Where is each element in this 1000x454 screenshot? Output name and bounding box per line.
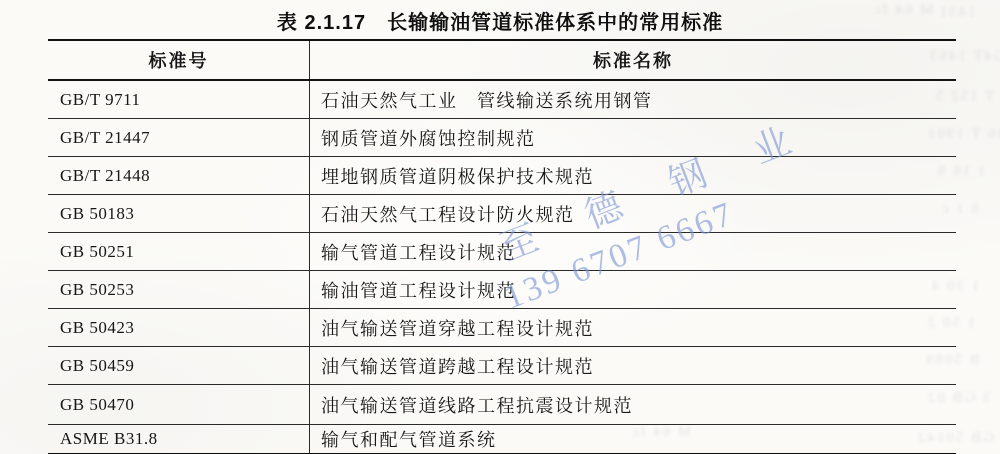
standard-name: 输气和配气管道系统 (310, 425, 956, 453)
table-header-row: 标准号 标准名称 (48, 41, 956, 81)
scanned-document-page: { "page": { "title": "表 2.1.17 长输输油管道标准体… (0, 0, 1000, 454)
standard-name: 埋地钢质管道阴极保护技术规范 (310, 157, 956, 194)
standards-table: 标准号 标准名称 GB/T 9711 石油天然气工业 管线输送系统用钢管 GB/… (48, 39, 956, 454)
standard-code: GB 50459 (48, 347, 310, 384)
table-row: GB 50253 输油管道工程设计规范 (48, 271, 956, 309)
standard-name: 钢质管道外腐蚀控制规范 (310, 119, 956, 156)
table-row: GB 50183 石油天然气工程设计防火规范 (48, 195, 956, 233)
standard-code: GB 50253 (48, 271, 310, 308)
standard-code: GB 50251 (48, 233, 310, 270)
standard-name: 油气输送管道穿越工程设计规范 (310, 309, 956, 346)
table-row: GB/T 21447 钢质管道外腐蚀控制规范 (48, 119, 956, 157)
standard-name: 油气输送管道跨越工程设计规范 (310, 347, 956, 384)
table-row: ASME B31.8 输气和配气管道系统 (48, 425, 956, 453)
standard-code: GB 50423 (48, 309, 310, 346)
standard-name: 石油天然气工业 管线输送系统用钢管 (310, 81, 956, 118)
column-header-standard-code: 标准号 (48, 41, 310, 79)
standard-code: GB/T 9711 (48, 81, 310, 118)
standard-name: 石油天然气工程设计防火规范 (310, 195, 956, 232)
standard-name: 输油管道工程设计规范 (310, 271, 956, 308)
table-row: GB/T 9711 石油天然气工业 管线输送系统用钢管 (48, 81, 956, 119)
column-header-standard-name: 标准名称 (310, 41, 956, 79)
table-row: GB 50251 输气管道工程设计规范 (48, 233, 956, 271)
table-title: 表 2.1.17 长输输油管道标准体系中的常用标准 (0, 6, 1000, 35)
standard-name: 油气输送管道线路工程抗震设计规范 (310, 385, 956, 424)
standard-code: GB/T 21448 (48, 157, 310, 194)
standard-code: GB 50470 (48, 385, 310, 424)
table-row: GB 50423 油气输送管道穿越工程设计规范 (48, 309, 956, 347)
table-row: GB 50459 油气输送管道跨越工程设计规范 (48, 347, 956, 385)
standard-code: GB/T 21447 (48, 119, 310, 156)
table-row: GB/T 21448 埋地钢质管道阴极保护技术规范 (48, 157, 956, 195)
table-row: GB 50470 油气输送管道线路工程抗震设计规范 (48, 385, 956, 425)
standard-name: 输气管道工程设计规范 (310, 233, 956, 270)
standard-code: ASME B31.8 (48, 425, 310, 453)
standard-code: GB 50183 (48, 195, 310, 232)
